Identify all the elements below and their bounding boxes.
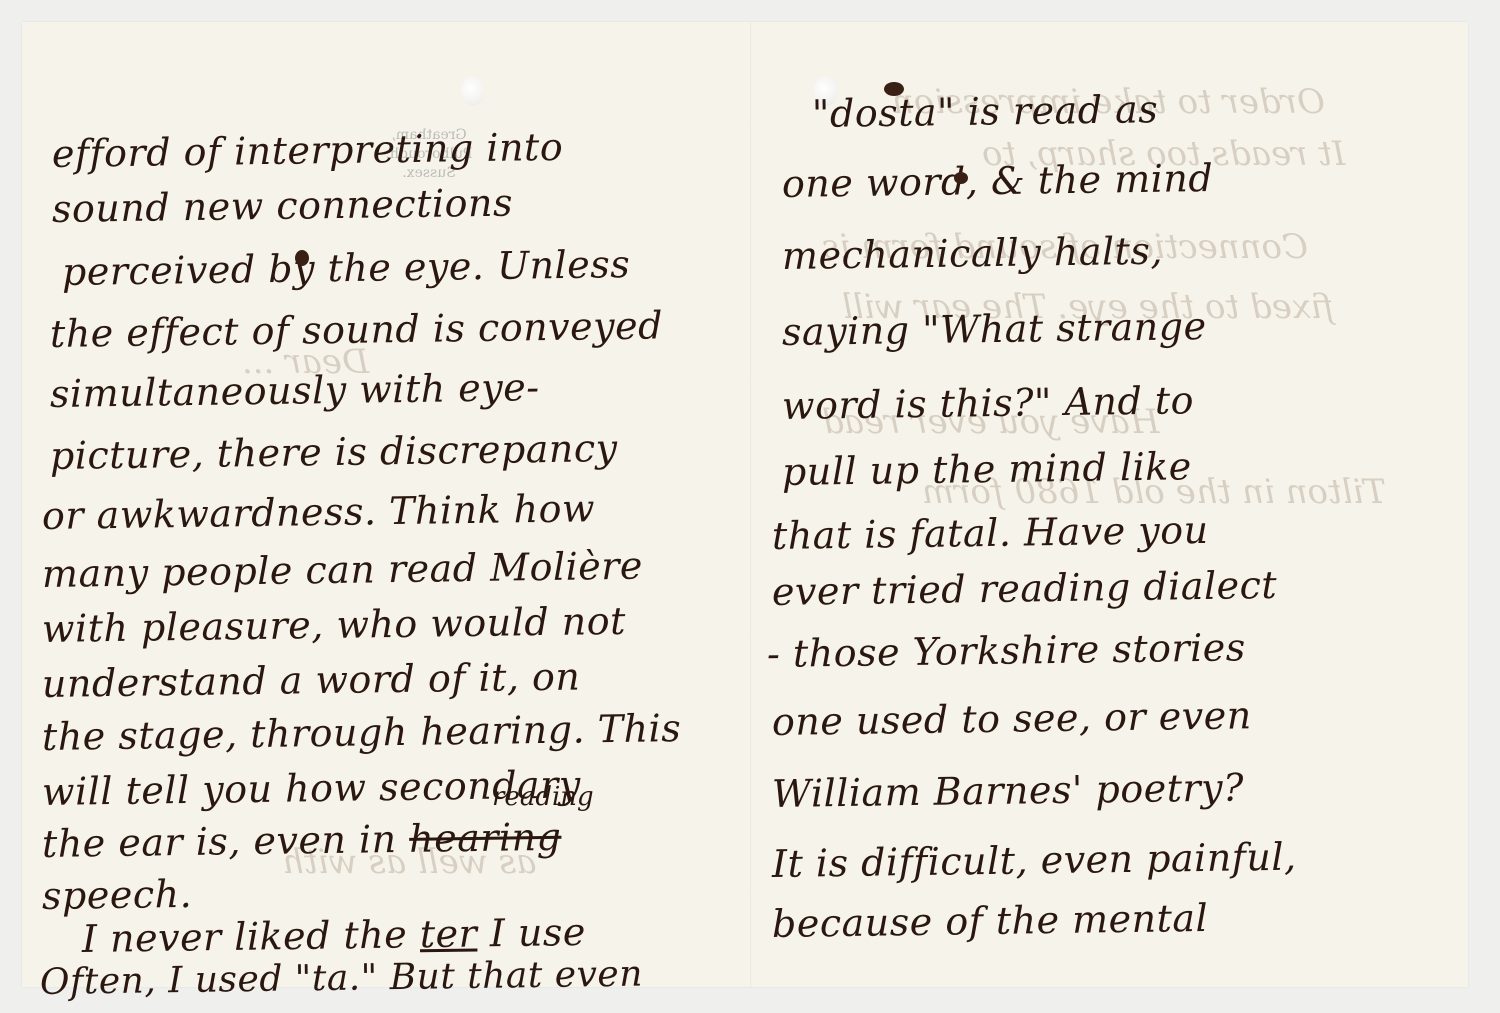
- text-line: understand a word of it, on: [42, 654, 581, 706]
- text-line: many people can read Molière: [42, 544, 643, 596]
- text-line: Often, I used "ta." But that even: [40, 954, 643, 1003]
- inserted-word: reading: [492, 782, 594, 812]
- text-line: William Barnes' poetry?: [772, 765, 1245, 816]
- right-page: "dosta" is read as one word, & the mind …: [752, 22, 1452, 987]
- text-line: ever tried reading dialect: [772, 563, 1278, 614]
- text-segment: the ear is, even in: [42, 817, 397, 866]
- text-line: one used to see, or even: [772, 693, 1252, 744]
- letter-paper: Greatham, Pulborough, Sussex. Order to t…: [22, 22, 1468, 987]
- text-line: with pleasure, who would not: [42, 599, 626, 651]
- text-line: efford of interpreting into: [52, 125, 564, 176]
- text-line: speech.: [42, 872, 193, 918]
- text-line: the ear is, even in hearing: [42, 815, 562, 866]
- ink-blot: [954, 172, 968, 184]
- text-segment: I use: [489, 910, 586, 955]
- text-line: word is this?" And to: [782, 378, 1195, 428]
- text-segment: I never liked the: [82, 912, 408, 961]
- left-page: efford of interpreting into sound new co…: [22, 22, 722, 987]
- text-line: saying "What strange: [782, 304, 1207, 354]
- ink-blot: [295, 250, 309, 266]
- text-line: or awkwardness. Think how: [42, 486, 596, 538]
- text-line: pull up the mind like: [782, 444, 1192, 494]
- text-line: one word, & the mind: [782, 156, 1214, 206]
- text-line: because of the mental: [772, 896, 1209, 946]
- struck-word: hearing: [409, 815, 562, 861]
- text-line: simultaneously with eye-: [50, 365, 540, 416]
- text-line: the effect of sound is conveyed: [50, 303, 663, 356]
- text-line: I never liked the ter I use: [82, 910, 586, 961]
- text-line: the stage, through hearing. This: [42, 706, 682, 759]
- underlined-word: ter: [419, 911, 477, 956]
- text-line: perceived by the eye. Unless: [62, 242, 631, 294]
- ink-blot: [884, 82, 904, 96]
- text-line: mechanically halts,: [782, 229, 1164, 278]
- text-line: - those Yorkshire stories: [767, 625, 1246, 676]
- text-line: It is difficult, even painful,: [772, 835, 1297, 886]
- text-line: sound new connections: [52, 181, 514, 231]
- text-line: that is fatal. Have you: [772, 508, 1209, 558]
- text-line: picture, there is discrepancy: [50, 426, 618, 478]
- text-line: "dosta" is read as: [812, 87, 1159, 136]
